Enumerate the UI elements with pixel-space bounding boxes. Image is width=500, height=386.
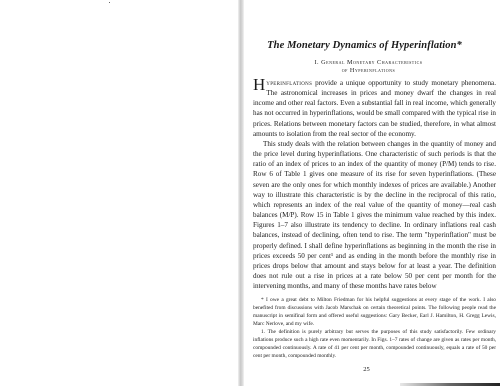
section-heading: I. General Monetary Characteristics of H… — [247, 59, 490, 75]
footnote-star: * I owe a great debt to Milton Friedman … — [253, 297, 496, 329]
chapter-title: The Monetary Dynamics of Hyperinflation* — [243, 40, 486, 51]
drop-cap: H — [253, 79, 265, 91]
footnotes: * I owe a great debt to Milton Friedman … — [253, 297, 496, 360]
book-spine-gutter — [238, 0, 244, 386]
scan-speck — [109, 2, 110, 3]
paragraph-1-text: provide a unique opportunity to study mo… — [253, 79, 496, 138]
page-number: 25 — [245, 366, 488, 373]
footnote-1: 1. The definition is purely arbitrary bu… — [253, 329, 496, 361]
book-page: The Monetary Dynamics of Hyperinflation*… — [253, 40, 496, 373]
paragraph-1: Hyperinflations provide a unique opportu… — [253, 78, 496, 139]
section-heading-line2: of Hyperinflations — [247, 67, 490, 75]
paragraph-1-lead: yperinflations — [266, 79, 312, 87]
section-heading-line1: I. General Monetary Characteristics — [247, 59, 490, 67]
body-text: Hyperinflations provide a unique opportu… — [253, 78, 496, 291]
paragraph-2: This study deals with the relation betwe… — [253, 139, 496, 291]
